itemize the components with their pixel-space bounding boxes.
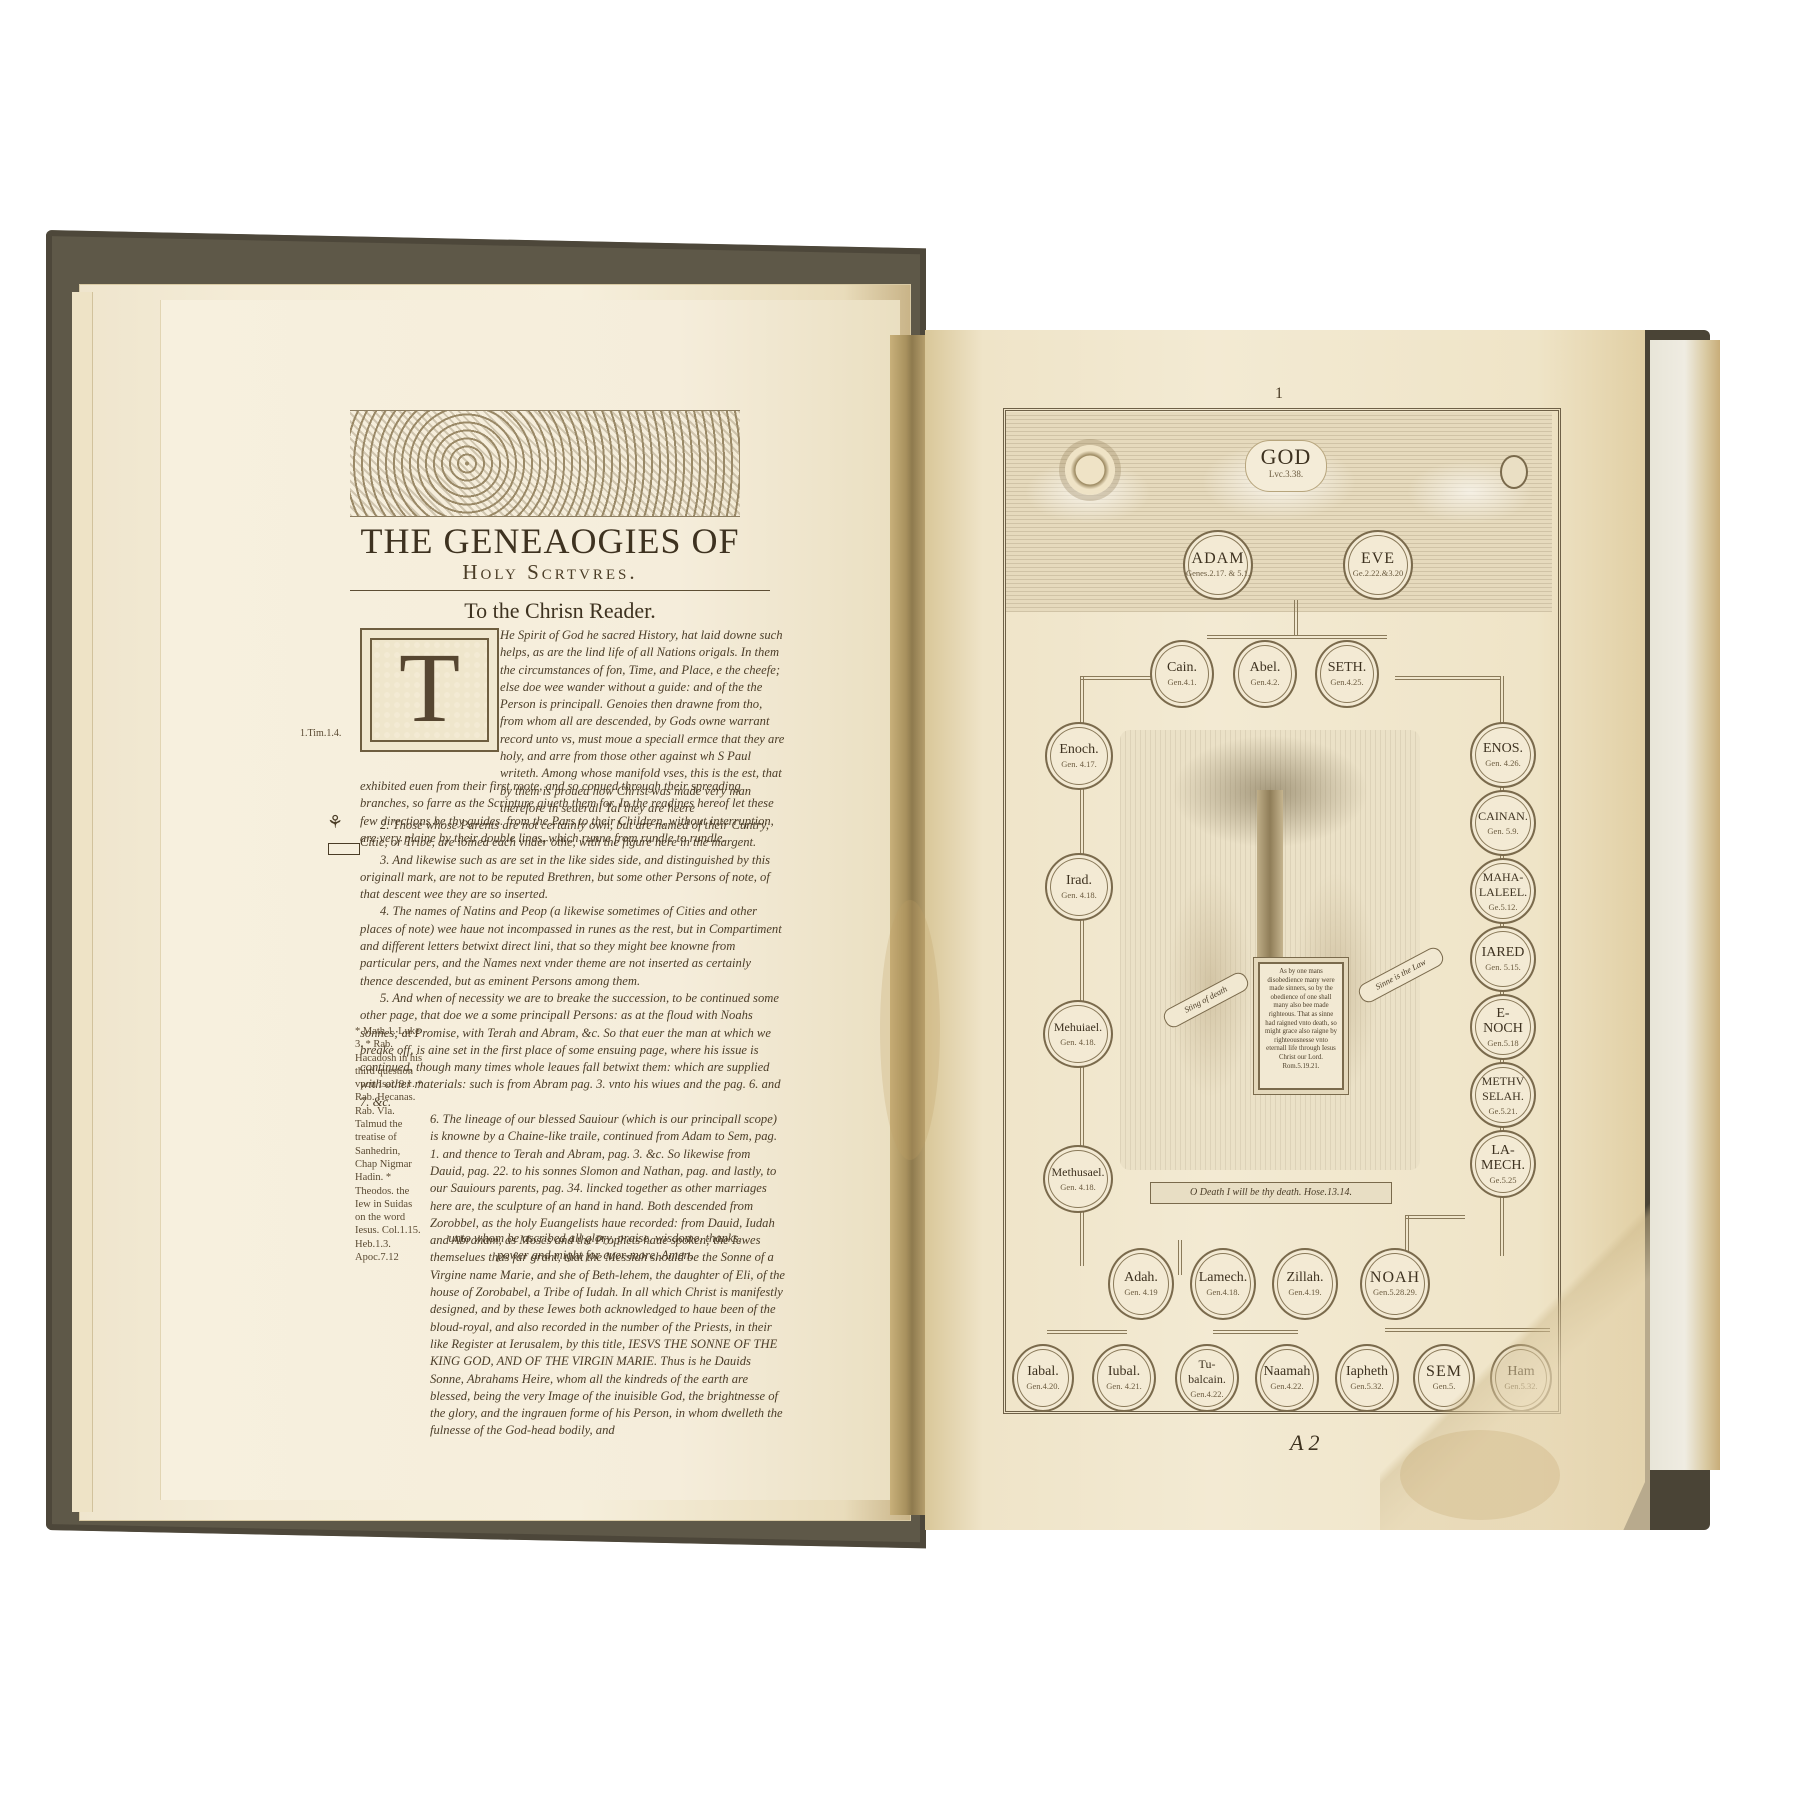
connector-line — [1395, 676, 1500, 680]
drop-cap-letter: T — [362, 638, 497, 738]
node-ref: Gen. 5.9. — [1487, 826, 1518, 837]
compartment-mark-icon — [328, 843, 360, 855]
node-name: Iubal. — [1108, 1364, 1140, 1379]
node-ref: Gen.5.32. — [1350, 1381, 1383, 1392]
direction-list: 2. Those whose Parents are not certainly… — [360, 817, 785, 1440]
node-ref: Ge.5.12. — [1488, 902, 1517, 913]
genealogy-node: SEM Gen.5. — [1413, 1344, 1475, 1412]
node-ref: Gen.4.22. — [1270, 1381, 1303, 1392]
genealogy-node: SETH. Gen.4.25. — [1315, 640, 1379, 708]
direction-item: 2. Those whose Parents are not certainly… — [360, 817, 785, 852]
node-ref: Gen.5. — [1433, 1381, 1456, 1392]
connector-line — [1385, 1328, 1550, 1332]
age-stain — [1400, 1430, 1560, 1520]
node-name: SEM — [1426, 1364, 1462, 1379]
node-name: Tu- balcain. — [1188, 1357, 1226, 1387]
moon-icon — [1500, 455, 1528, 489]
node-name: Enoch. — [1059, 742, 1098, 757]
direction-item: 5. And when of necessity we are to break… — [360, 990, 785, 1111]
genealogy-node: LA- MECH. Ge.5.25 — [1470, 1130, 1536, 1198]
margin-notes: * Math.1. Luke 3. * Rab. Hacadosh in his… — [355, 1025, 423, 1264]
node-name: Abel. — [1250, 660, 1281, 675]
genealogy-node: Cain. Gen.4.1. — [1150, 640, 1214, 708]
eve-cartouche: EVE Ge.2.22.&3.20 — [1343, 530, 1413, 600]
node-ref: Gen. 4.21. — [1106, 1381, 1141, 1392]
node-ref: Gen.5.18 — [1487, 1038, 1518, 1049]
node-ref: Gen. 4.26. — [1485, 758, 1520, 769]
genealogy-node: IARED Gen. 5.15. — [1470, 926, 1536, 992]
node-name: LA- MECH. — [1481, 1143, 1525, 1173]
genealogy-node: Iabal. Gen.4.20. — [1012, 1344, 1074, 1412]
tablet-text: As by one mans disobedience many were ma… — [1264, 968, 1338, 1071]
adam-ref: Genes.2.17. & 5.1. — [1186, 568, 1250, 579]
genealogy-node: Ham Gen.5.32. — [1490, 1344, 1552, 1412]
eve-ref: Ge.2.22.&3.20 — [1353, 568, 1404, 579]
margin-reference: 1.Tim.1.4. — [300, 728, 341, 739]
node-ref: Gen. 4.17. — [1061, 759, 1096, 770]
genealogy-node: Lamech. Gen.4.18. — [1190, 1248, 1256, 1320]
node-name: IARED — [1482, 945, 1525, 960]
node-name: Lamech. — [1199, 1270, 1248, 1285]
genealogy-node: METHV SELAH. Ge.5.21. — [1470, 1062, 1536, 1128]
sun-icon — [1065, 445, 1115, 495]
node-name: Naamah — [1264, 1364, 1311, 1379]
node-name: METHV SELAH. — [1482, 1074, 1525, 1104]
genealogy-node: ENOS. Gen. 4.26. — [1470, 722, 1536, 788]
left-page-edge — [72, 292, 93, 1512]
node-ref: Gen.4.1. — [1167, 677, 1196, 688]
direction-item: 4. The names of Natins and Peop (a likew… — [360, 903, 785, 989]
node-ref: Gen.4.22. — [1190, 1389, 1223, 1400]
scripture-tablet: As by one mans disobedience many were ma… — [1258, 962, 1344, 1090]
ornamental-drop-cap: T — [360, 628, 499, 752]
node-name: Iapheth — [1346, 1364, 1388, 1379]
signature-mark: A 2 — [1290, 1430, 1320, 1456]
node-name: MAHA- LALEEL. — [1479, 870, 1527, 900]
genealogy-node: Irad. Gen. 4.18. — [1045, 853, 1113, 921]
genealogy-node: Abel. Gen.4.2. — [1233, 640, 1297, 708]
node-name: NOAH — [1370, 1270, 1420, 1285]
node-name: Mehuiael. — [1054, 1020, 1102, 1035]
node-ref: Gen. 4.19 — [1124, 1287, 1157, 1298]
node-ref: Gen.5.28.29. — [1373, 1287, 1417, 1298]
genealogy-node: Methusael. Gen. 4.18. — [1043, 1145, 1113, 1213]
node-ref: Ge.5.25 — [1490, 1175, 1517, 1186]
node-ref: Gen. 4.18. — [1060, 1182, 1095, 1193]
node-name: Adah. — [1124, 1270, 1158, 1285]
node-name: Irad. — [1066, 873, 1092, 888]
tomb-inscription: O Death I will be thy death. Hose.13.14. — [1150, 1182, 1392, 1204]
genealogy-node: E- NOCH Gen.5.18 — [1470, 994, 1536, 1060]
genealogy-node: MAHA- LALEEL. Ge.5.12. — [1470, 858, 1536, 924]
scroll-ornament-icon: ⚘ — [327, 812, 347, 832]
god-label: GOD — [1246, 445, 1326, 469]
connector-line — [1047, 1330, 1127, 1334]
genealogy-node: NOAH Gen.5.28.29. — [1360, 1248, 1430, 1320]
node-ref: Gen.4.18. — [1206, 1287, 1239, 1298]
right-page-edge — [1650, 340, 1720, 1470]
ornamental-headpiece — [350, 410, 740, 517]
node-name: ENOS. — [1483, 741, 1523, 756]
node-name: Methusael. — [1052, 1165, 1105, 1180]
node-name: SETH. — [1328, 660, 1367, 675]
connector-line — [1207, 635, 1387, 639]
page-title: THE GENEAOGIES OF — [340, 520, 760, 562]
genealogy-node: Enoch. Gen. 4.17. — [1045, 722, 1113, 790]
direction-item: 3. And likewise such as are set in the l… — [360, 852, 785, 904]
genealogy-node: Iapheth Gen.5.32. — [1335, 1344, 1399, 1412]
genealogy-node: Iubal. Gen. 4.21. — [1092, 1344, 1156, 1412]
genealogy-node: Zillah. Gen.4.19. — [1272, 1248, 1338, 1320]
eve-label: EVE — [1361, 551, 1395, 566]
node-name: Zillah. — [1287, 1270, 1324, 1285]
node-ref: Gen.5.32. — [1504, 1381, 1537, 1392]
connector-line — [1294, 600, 1298, 635]
connector-line — [1213, 1330, 1298, 1334]
node-name: Cain. — [1167, 660, 1197, 675]
node-ref: Gen. 4.18. — [1061, 890, 1096, 901]
god-ref: Lvc.3.38. — [1246, 469, 1326, 479]
node-name: E- NOCH — [1483, 1006, 1523, 1036]
age-stain — [880, 900, 940, 1160]
node-name: Ham — [1507, 1364, 1534, 1379]
genealogy-node: Naamah Gen.4.22. — [1255, 1344, 1319, 1412]
genealogy-node: CAINAN. Gen. 5.9. — [1470, 790, 1536, 856]
title-rule — [350, 590, 770, 591]
adam-cartouche: ADAM Genes.2.17. & 5.1. — [1183, 530, 1253, 600]
node-ref: Gen.4.25. — [1330, 677, 1363, 688]
reader-heading: To the Chrisn Reader. — [340, 598, 780, 624]
node-ref: Gen. 4.18. — [1060, 1037, 1095, 1048]
node-ref: Gen.4.19. — [1288, 1287, 1321, 1298]
genealogy-node: Adah. Gen. 4.19 — [1108, 1248, 1174, 1320]
closing-benediction: unto whom be ascribed all glory, praise,… — [440, 1230, 750, 1265]
node-name: Iabal. — [1027, 1364, 1058, 1379]
node-ref: Gen. 5.15. — [1485, 962, 1520, 973]
page-subtitle: Holy Scrtvres. — [340, 560, 760, 585]
node-ref: Gen.4.20. — [1026, 1381, 1059, 1392]
genealogy-node: Tu- balcain. Gen.4.22. — [1175, 1344, 1239, 1412]
genealogy-node: Mehuiael. Gen. 4.18. — [1043, 1000, 1113, 1068]
node-ref: Ge.5.21. — [1488, 1106, 1517, 1117]
node-name: CAINAN. — [1478, 809, 1528, 824]
direction-item: 6. The lineage of our blessed Sauiour (w… — [360, 1111, 785, 1440]
adam-label: ADAM — [1192, 551, 1245, 566]
connector-line — [1405, 1215, 1465, 1219]
node-ref: Gen.4.2. — [1250, 677, 1279, 688]
connector-line — [1178, 1240, 1182, 1275]
page-number: 1 — [1275, 385, 1283, 403]
god-cartouche: GOD Lvc.3.38. — [1245, 440, 1327, 492]
